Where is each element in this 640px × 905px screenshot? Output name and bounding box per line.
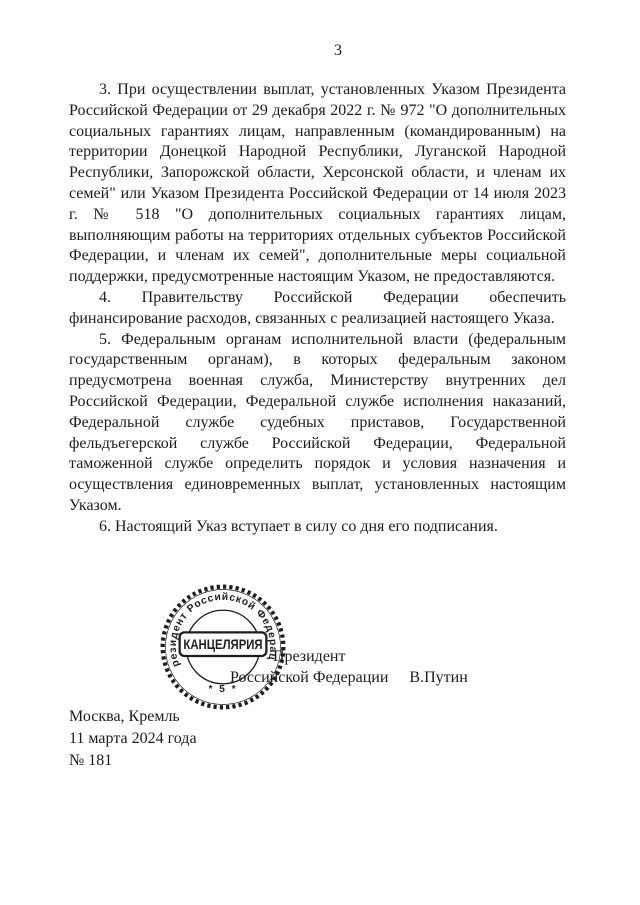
chancellery-seal-stamp: Президент Российской Федерации КАНЦЕЛЯРИ… [157,581,289,713]
round-seal-icon: Президент Российской Федерации КАНЦЕЛЯРИ… [157,581,289,713]
decree-page: 3 3. При осуществлении выплат, установле… [0,0,640,905]
paragraph-5: 5. Федеральным органам исполнительной вл… [69,330,566,517]
issue-details: Москва, Кремль 11 марта 2024 года № 181 [69,706,197,771]
decree-body: 3. При осуществлении выплат, установленн… [69,80,566,538]
paragraph-6: 6. Настоящий Указ вступает в силу со дня… [69,517,566,538]
issue-date: 11 марта 2024 года [69,728,197,750]
paragraph-3: 3. При осуществлении выплат, установленн… [69,80,566,288]
page-number: 3 [334,42,342,60]
seal-center-text: КАНЦЕЛЯРИЯ [183,637,262,652]
paragraph-4: 4. Правительству Российской Федерации об… [69,288,566,330]
signature-name: В.Путин [409,667,467,688]
seal-number: * 5 * [208,684,237,695]
issue-number: № 181 [69,750,197,772]
